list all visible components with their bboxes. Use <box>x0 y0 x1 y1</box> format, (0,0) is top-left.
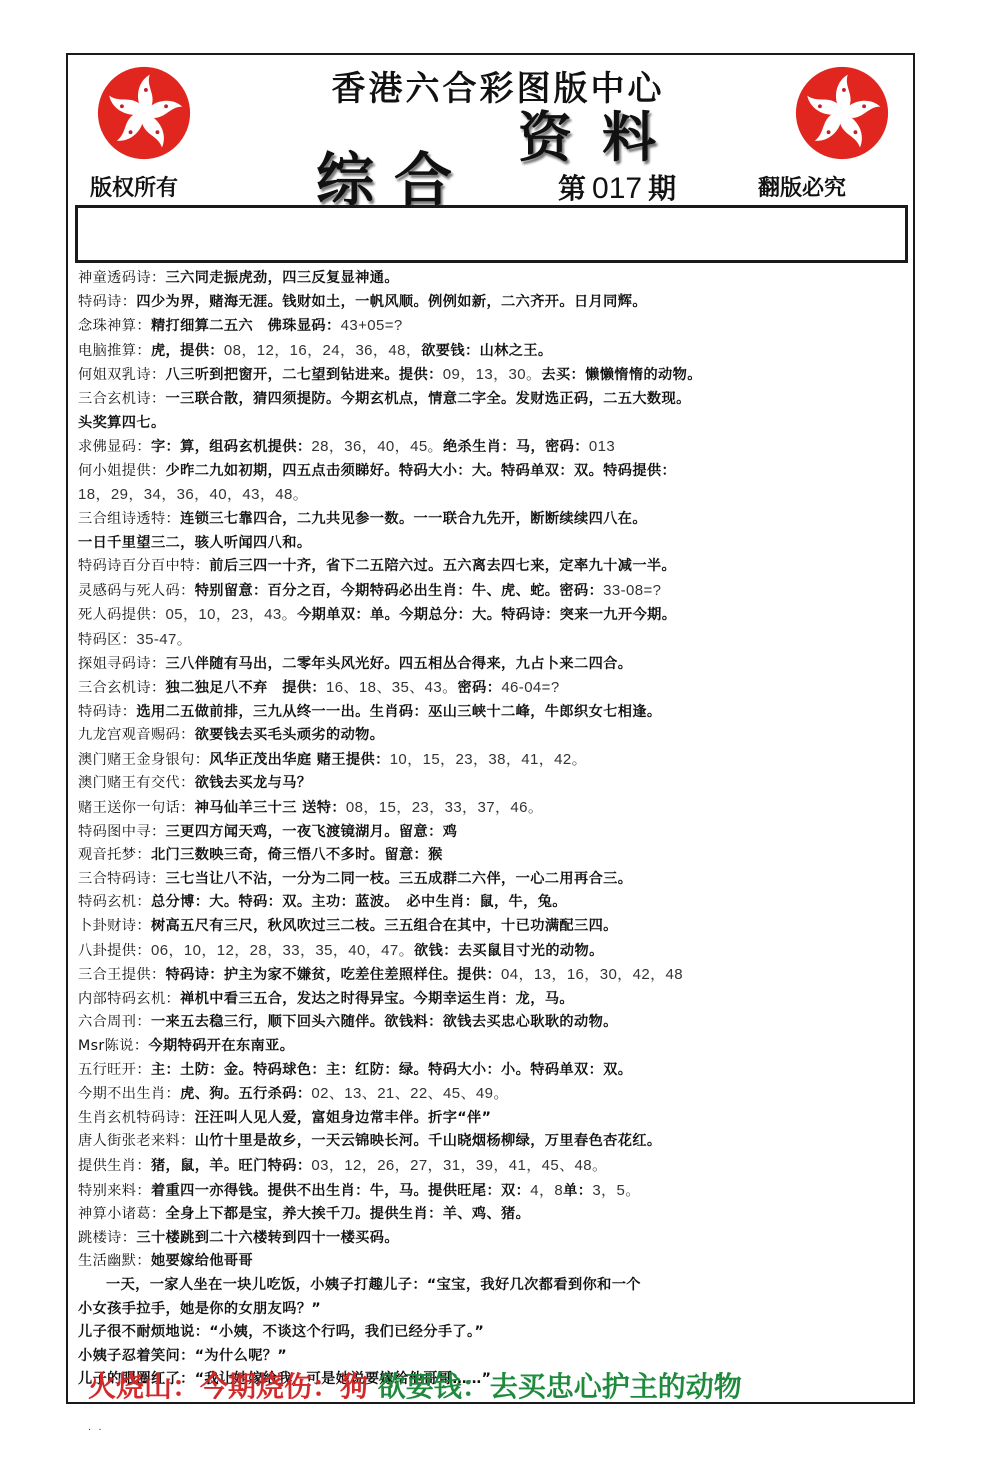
bauhinia-logo-right <box>794 65 890 161</box>
line-key: 澳门赌王金身银句： <box>78 752 209 768</box>
joke-title-line: 生活幽默：她要嫁给他哥哥 <box>78 1250 908 1274</box>
line-key: 观音托梦： <box>78 847 151 863</box>
info-line: 特码诗：四少为界，赌海无涯。钱财如土，一帆风顺。例例如新，二六齐开。日月同辉。 <box>78 291 908 315</box>
line-key: 特码诗： <box>78 294 136 310</box>
line-key: 赌王送你一句话： <box>78 800 195 816</box>
line-key: 唐人街张老来料： <box>78 1133 195 1149</box>
line-value: 全身上下都是宝，养大挨千刀。提供生肖：羊、鸡、猪。 <box>166 1206 531 1222</box>
line-value: 三更四方闻天鸡，一夜飞渡镜湖月。留意：鸡 <box>166 824 458 840</box>
line-key: 特码玄机： <box>78 894 151 910</box>
line-value: 精打细算二五六 佛珠显码： <box>151 318 341 334</box>
footer-banner: 火烧山：今期烧伤：狗 欲要钱：去买忠心护主的动物 <box>88 1365 908 1405</box>
info-line: 观音托梦：北门三数映三奇，倚三悟八不多时。留意：猴 <box>78 844 908 868</box>
info-line: 探姐寻码诗：三八伴随有马出，二零年头风光好。四五相丛合得来，九占卜来二四合。 <box>78 653 908 677</box>
info-line: 死人码提供：05，10，23，43。今期单双：单。今期总分：大。特码诗：突来一九… <box>78 603 908 628</box>
line-value: 虎，提供： <box>151 343 224 359</box>
line-value: 一来五去稳三行，顺下回头六随伴。欲钱料：欲钱去买忠心耿耿的动物。 <box>151 1014 618 1030</box>
document-sheet: 香港六合彩图版中心 综合 资料 第017期 版权所有 翻版必究 神童透码诗：三六… <box>66 53 915 1404</box>
line-value: 今期单双：单。今期总分：大。特码诗：突来一九开今期。 <box>297 607 676 623</box>
line-value: 选用二五做前排，三九从终一一出。生肖码：巫山三峡十二峰，牛郎织女七相逢。 <box>136 704 661 720</box>
line-value: 总分博：大。特码：双。主功：蓝波。 必中生肖：鼠，牛，兔。 <box>151 894 567 910</box>
info-line: 特码区：35-47。 <box>78 628 908 653</box>
issue-label: 第017期 <box>558 167 676 207</box>
info-line: 生肖玄机特码诗：汪汪叫人见人爱，富姐身边常丰伴。折字“伴” <box>78 1107 908 1131</box>
line-numbers: 09，13，30。 <box>443 366 542 383</box>
line-value: 绝杀生肖：马，密码： <box>443 439 589 455</box>
info-line: 五行旺开：主：土防：金。特码球色：主：红防：绿。特码大小：小。特码单双：双。 <box>78 1059 908 1083</box>
line-key: 内部特码玄机： <box>78 991 180 1007</box>
line-numbers: 013 <box>589 438 615 455</box>
line-key: 今期不出生肖： <box>78 1086 180 1102</box>
line-value: 一日千里望三二，骇人听闻四八和。 <box>78 535 311 551</box>
line-value: 树高五尺有三尺，秋风吹过三二枝。三五组合在其中，十已功满配三四。 <box>151 918 618 934</box>
line-value: 密码： <box>458 680 502 696</box>
line-value: 今期特码开在东南亚。 <box>148 1038 294 1054</box>
line-value: 欲要钱：山林之王。 <box>421 343 552 359</box>
info-line: 六合周刊：一来五去稳三行，顺下回头六随伴。欲钱料：欲钱去买忠心耿耿的动物。 <box>78 1011 908 1035</box>
joke-paragraph: 一天，一家人坐在一块儿吃饭，小姨子打趣儿子：“宝宝，我好几次都看到你和一个 <box>78 1274 908 1298</box>
info-line: 18，29，34，36，40，43，48。 <box>78 483 908 508</box>
line-key: 何小姐提供： <box>78 463 166 479</box>
info-line: 三合组诗透特：连锁三七靠四合，二九共见参一数。一一联合九先开，断断续续四八在。 <box>78 508 908 532</box>
info-line: 念珠神算：精打细算二五六 佛珠显码：43+05=? <box>78 314 908 339</box>
line-value: 八三听到把窗开，二七望到钻进来。提供： <box>166 367 443 383</box>
info-line: 卜卦财诗：树高五尺有三尺，秋风吹过三二枝。三五组合在其中，十已功满配三四。 <box>78 915 908 939</box>
info-line: 电脑推算：虎，提供：08，12，16，24，36，48，欲要钱：山林之王。 <box>78 339 908 364</box>
line-key: 灵感码与死人码： <box>78 583 195 599</box>
line-numbers: 02、13、21、22、45、49。 <box>311 1085 508 1102</box>
line-key: 死人码提供： <box>78 607 166 623</box>
line-key: 澳门赌王有交代： <box>78 775 195 791</box>
line-key: 八卦提供： <box>78 943 151 959</box>
big-title-right: 资料 <box>518 95 686 172</box>
line-key: 特码区： <box>78 632 136 648</box>
line-key: 三合王提供： <box>78 967 166 983</box>
line-value: 三八伴随有马出，二零年头风光好。四五相丛合得来，九占卜来二四合。 <box>166 656 633 672</box>
line-numbers: 35-47。 <box>136 631 192 648</box>
info-line: 赌王送你一句话：神马仙羊三十三 送特：08，15，23，33，37，46。 <box>78 796 908 821</box>
blank-banner-box <box>75 205 908 263</box>
info-line: 三合玄机诗：一三联合散，猜四须提防。今期玄机点，情意二字全。发财选正码，二五大数… <box>78 388 908 412</box>
line-key: 特码诗： <box>78 704 136 720</box>
joke-title: 她要嫁给他哥哥 <box>151 1253 253 1269</box>
line-value: 四少为界，赌海无涯。钱财如土，一帆风顺。例例如新，二六齐开。日月同辉。 <box>136 294 647 310</box>
line-numbers: 06，10，12，28，33，35，40，47。 <box>151 942 414 959</box>
line-key: 神童透码诗： <box>78 270 166 286</box>
joke-paragraph: 小女孩手拉手，她是你的女朋友吗？” <box>78 1298 908 1322</box>
line-key: 三合玄机诗： <box>78 391 166 407</box>
copyright-label: 版权所有 <box>90 171 178 202</box>
line-value: 一三联合散，猜四须提防。今期玄机点，情意二字全。发财选正码，二五大数现。 <box>166 391 691 407</box>
info-line: 神算小诸葛：全身上下都是宝，养大挨千刀。提供生肖：羊、鸡、猪。 <box>78 1203 908 1227</box>
info-line: Msr陈说：今期特码开在东南亚。 <box>78 1035 908 1059</box>
line-numbers: 46-04=? <box>501 679 559 696</box>
line-value: 欲要钱去买毛头顽劣的动物。 <box>195 727 385 743</box>
info-line: 何小姐提供：少昨二九如初期，四五点击须睇好。特码大小：大。特码单双：双。特码提供… <box>78 460 908 484</box>
line-key: 特别来料： <box>78 1183 151 1199</box>
line-value: 单： <box>563 1183 592 1199</box>
line-numbers: 16、18、35、43。 <box>326 679 458 696</box>
line-numbers: 10，15，23，38，41，42。 <box>390 751 587 768</box>
info-line: 神童透码诗：三六同走振虎劲，四三反复显神通。 <box>78 267 908 291</box>
line-value: 特码诗：护主为家不嫌贫，吃差住差照样住。提供： <box>166 967 502 983</box>
line-key: 念珠神算： <box>78 318 151 334</box>
line-value: 主：土防：金。特码球色：主：红防：绿。特码大小：小。特码单双：双。 <box>151 1062 632 1078</box>
line-value: 禅机中看三五合，发达之时得异宝。今期幸运生肖：龙，马。 <box>180 991 574 1007</box>
info-line: 八卦提供：06，10，12，28，33，35，40，47。欲钱：去买鼠目寸光的动… <box>78 939 908 964</box>
line-numbers: 28，36，40，45。 <box>311 438 443 455</box>
line-value: 头奖算四七。 <box>78 415 166 431</box>
line-value: 汪汪叫人见人爱，富姐身边常丰伴。折字“伴” <box>195 1110 492 1126</box>
line-value: 山竹十里是故乡，一天云锦映长河。千山晓烟杨柳绿，万里春色杏花红。 <box>195 1133 662 1149</box>
line-value: 风华正茂出华庭 赌王提供： <box>209 752 389 768</box>
line-key: 生肖玄机特码诗： <box>78 1110 195 1126</box>
issue-prefix: 第 <box>558 173 586 204</box>
line-value: 特别留意：百分之百，今期特码必出生肖：牛、虎、蛇。密码： <box>195 583 603 599</box>
info-line: 一日千里望三二，骇人听闻四八和。 <box>78 532 908 556</box>
info-line: 三合王提供：特码诗：护主为家不嫌贫，吃差住差照样住。提供：04，13，16，30… <box>78 963 908 988</box>
footer-red-text: 火烧山：今期烧伤：狗 <box>88 1370 368 1403</box>
info-line: 跳楼诗：三十楼跳到二十六楼转到四十一楼买码。 <box>78 1227 908 1251</box>
bauhinia-logo-left <box>96 65 192 161</box>
info-line: 内部特码玄机：禅机中看三五合，发达之时得异宝。今期幸运生肖：龙，马。 <box>78 988 908 1012</box>
line-key: 提供生肖： <box>78 1158 151 1174</box>
bauhinia-flower-icon <box>96 65 192 161</box>
line-value: 连锁三七靠四合，二九共见参一数。一一联合九先开，断断续续四八在。 <box>180 511 647 527</box>
info-line: 头奖算四七。 <box>78 412 908 436</box>
line-key: 五行旺开： <box>78 1062 151 1078</box>
info-line: 特别来料：着重四一亦得钱。提供不出生肖：牛，马。提供旺尾：双：4，8单：3，5。 <box>78 1179 908 1204</box>
info-line: 三合玄机诗：独二独足八不弃 提供：16、18、35、43。密码：46-04=? <box>78 676 908 701</box>
line-key: 神算小诸葛： <box>78 1206 166 1222</box>
footer-green-text: 欲要钱：去买忠心护主的动物 <box>378 1370 742 1403</box>
info-line: 今期不出生肖：虎、狗。五行杀码：02、13、21、22、45、49。 <box>78 1082 908 1107</box>
line-numbers: 43+05=? <box>341 317 403 334</box>
joke-key: 生活幽默： <box>78 1253 151 1269</box>
line-numbers: 08，12，16，24，36，48， <box>224 342 421 359</box>
line-key: Msr陈说： <box>78 1038 148 1054</box>
info-line: 特码诗百分百中特：前后三四一十齐，省下二五陪六过。五六离去四七来，定率九十减一半… <box>78 555 908 579</box>
line-value: 独二独足八不弃 提供： <box>166 680 326 696</box>
line-key: 电脑推算： <box>78 343 151 359</box>
line-numbers: 05，10，23，43。 <box>166 606 298 623</box>
info-lines: 神童透码诗：三六同走振虎劲，四三反复显神通。特码诗：四少为界，赌海无涯。钱财如土… <box>78 267 908 1250</box>
bottom-marks: · · <box>88 1425 104 1436</box>
info-line: 提供生肖：猪，鼠，羊。旺门特码：03，12，26，27，31，39，41，45、… <box>78 1154 908 1179</box>
line-value: 三十楼跳到二十六楼转到四十一楼买码。 <box>136 1230 399 1246</box>
line-numbers: 4，8 <box>530 1182 563 1199</box>
line-key: 跳楼诗： <box>78 1230 136 1246</box>
info-line: 特码诗：选用二五做前排，三九从终一一出。生肖码：巫山三峡十二峰，牛郎织女七相逢。 <box>78 701 908 725</box>
info-line: 九龙宫观音赐码：欲要钱去买毛头顽劣的动物。 <box>78 724 908 748</box>
line-key: 求佛显码： <box>78 439 151 455</box>
info-line: 特码图中寻：三更四方闻天鸡，一夜飞渡镜湖月。留意：鸡 <box>78 821 908 845</box>
line-value: 虎、狗。五行杀码： <box>180 1086 311 1102</box>
content-lines: 神童透码诗：三六同走振虎劲，四三反复显神通。特码诗：四少为界，赌海无涯。钱财如土… <box>78 267 908 1392</box>
line-value: 神马仙羊三十三 送特： <box>195 800 346 816</box>
line-value: 北门三数映三奇，倚三悟八不多时。留意：猴 <box>151 847 443 863</box>
no-piracy-label: 翻版必究 <box>758 171 846 202</box>
line-numbers: 18，29，34，36，40，43，48。 <box>78 486 308 503</box>
line-numbers: 03，12，26，27，31，39，41，45、48。 <box>311 1157 607 1174</box>
line-key: 特码诗百分百中特： <box>78 558 209 574</box>
line-key: 三合组诗透特： <box>78 511 180 527</box>
issue-suffix: 期 <box>648 173 676 204</box>
issue-number: 017 <box>592 172 642 205</box>
line-numbers: 33-08=? <box>603 582 661 599</box>
line-numbers: 04，13，16，30，42，48 <box>501 966 683 983</box>
line-value: 前后三四一十齐，省下二五陪六过。五六离去四七来，定率九十减一半。 <box>209 558 676 574</box>
info-line: 求佛显码：字：算，组码玄机提供：28，36，40，45。绝杀生肖：马，密码：01… <box>78 435 908 460</box>
info-line: 三合特码诗：三七当让八不沾，一分为二同一枝。三五成群二六伴，一心二用再合三。 <box>78 868 908 892</box>
info-line: 澳门赌王有交代：欲钱去买龙与马？ <box>78 772 908 796</box>
line-key: 特码图中寻： <box>78 824 166 840</box>
line-numbers: 3，5。 <box>592 1182 640 1199</box>
line-value: 三七当让八不沾，一分为二同一枝。三五成群二六伴，一心二用再合三。 <box>166 871 633 887</box>
line-numbers: 08，15，23，33，37，46。 <box>346 799 543 816</box>
line-key: 三合玄机诗： <box>78 680 166 696</box>
line-key: 何姐双乳诗： <box>78 367 166 383</box>
line-key: 卜卦财诗： <box>78 918 151 934</box>
line-key: 探姐寻码诗： <box>78 656 166 672</box>
line-key: 六合周刊： <box>78 1014 151 1030</box>
line-key: 九龙宫观音赐码： <box>78 727 195 743</box>
info-line: 灵感码与死人码：特别留意：百分之百，今期特码必出生肖：牛、虎、蛇。密码：33-0… <box>78 579 908 604</box>
joke-paragraph: 儿子很不耐烦地说：“小姨，不谈这个行吗，我们已经分手了。” <box>78 1321 908 1345</box>
info-line: 特码玄机：总分博：大。特码：双。主功：蓝波。 必中生肖：鼠，牛，兔。 <box>78 891 908 915</box>
line-value: 欲钱：去买鼠目寸光的动物。 <box>414 943 604 959</box>
bauhinia-flower-icon <box>794 65 890 161</box>
info-line: 何姐双乳诗：八三听到把窗开，二七望到钻进来。提供：09，13，30。去买：懒懒惰… <box>78 363 908 388</box>
line-value: 着重四一亦得钱。提供不出生肖：牛，马。提供旺尾：双： <box>151 1183 530 1199</box>
line-value: 欲钱去买龙与马？ <box>195 775 312 791</box>
line-value: 少昨二九如初期，四五点击须睇好。特码大小：大。特码单双：双。特码提供： <box>166 463 677 479</box>
line-value: 字：算，组码玄机提供： <box>151 439 311 455</box>
line-value: 猪，鼠，羊。旺门特码： <box>151 1158 311 1174</box>
line-value: 三六同走振虎劲，四三反复显神通。 <box>166 270 399 286</box>
line-value: 去买：懒懒惰惰的动物。 <box>541 367 701 383</box>
info-line: 唐人街张老来料：山竹十里是故乡，一天云锦映长河。千山晓烟杨柳绿，万里春色杏花红。 <box>78 1130 908 1154</box>
line-key: 三合特码诗： <box>78 871 166 887</box>
info-line: 澳门赌王金身银句：风华正茂出华庭 赌王提供：10，15，23，38，41，42。 <box>78 748 908 773</box>
